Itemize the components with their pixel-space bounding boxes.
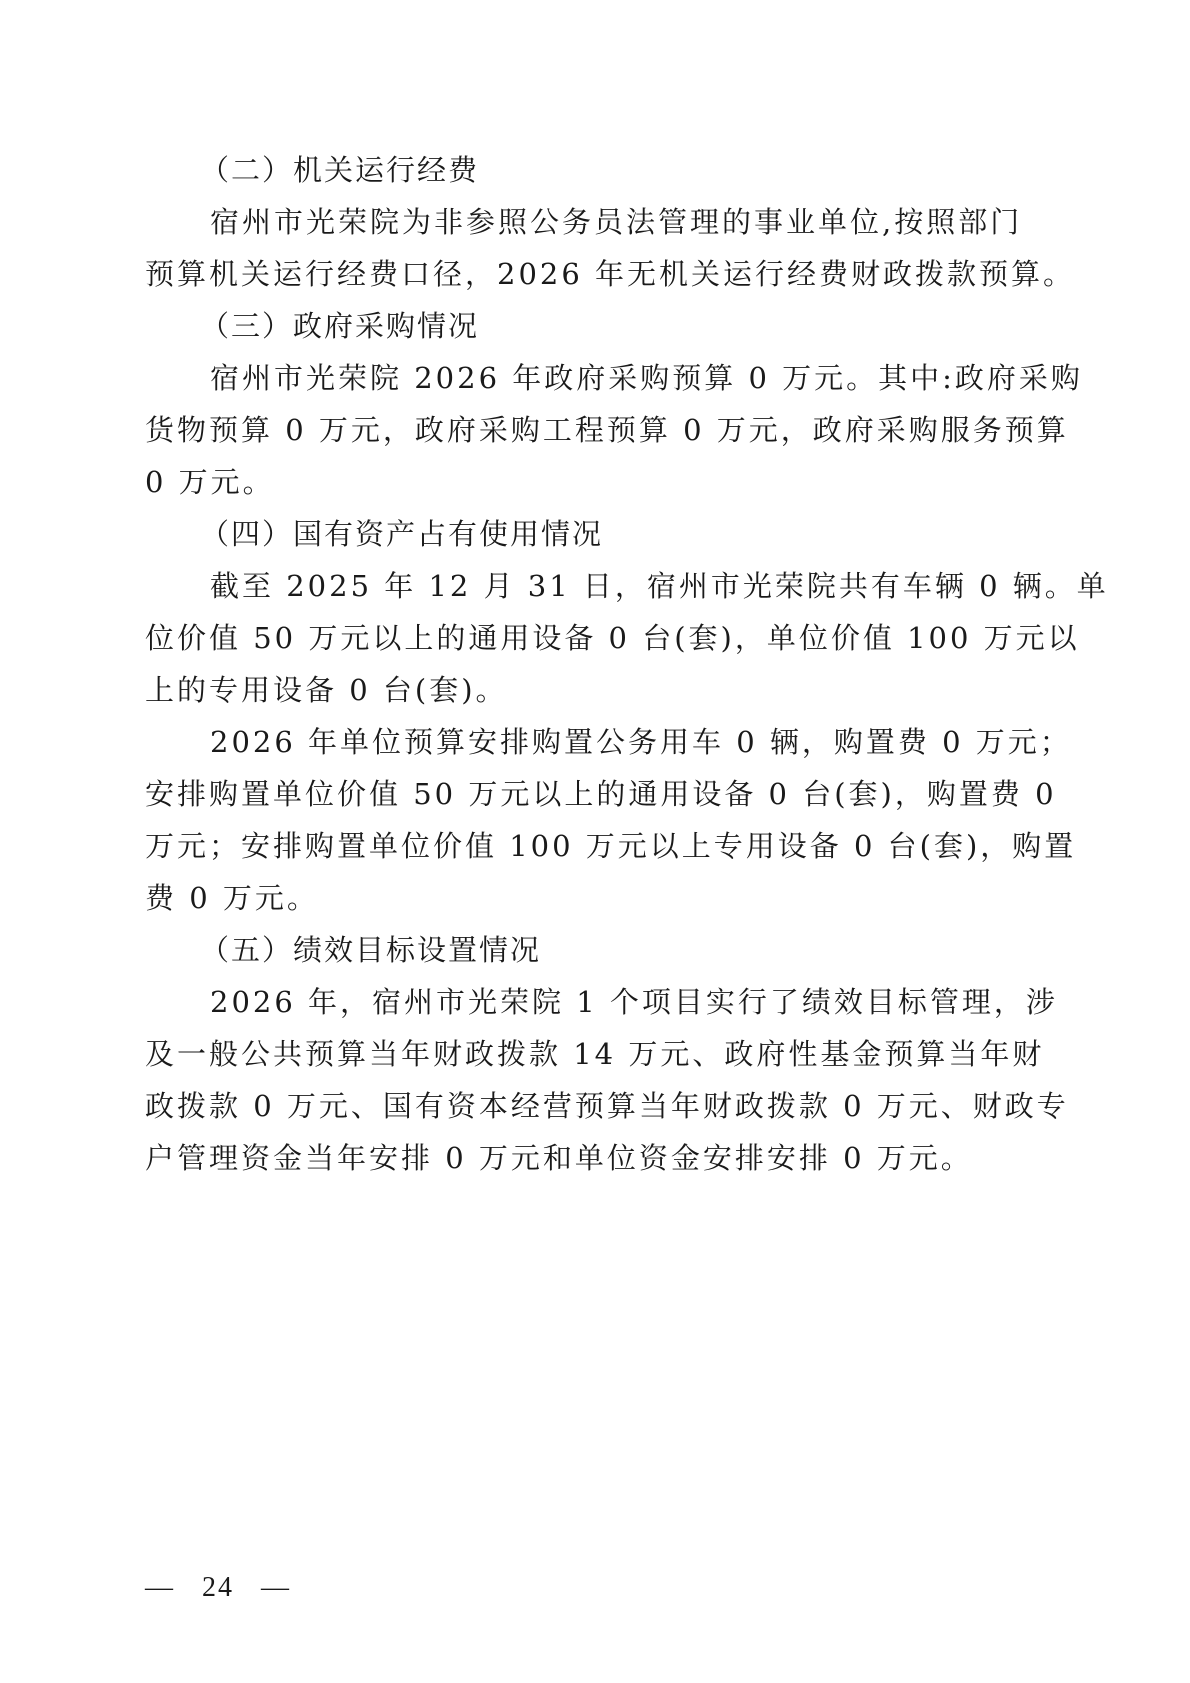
paragraph-line: 安排购置单位价值 50 万元以上的通用设备 0 台(套)，购置费 0 [145,774,1057,814]
section-heading-operating-expenses: （二）机关运行经费 [200,150,479,190]
paragraph-line: 2026 年，宿州市光荣院 1 个项目实行了绩效目标管理，涉 [210,982,1058,1022]
section-heading-state-assets: （四）国有资产占有使用情况 [200,514,603,554]
page-number: 24 [202,1572,234,1603]
footer-dash-right: — [261,1570,291,1606]
page-number-footer: — 24 — [145,1570,291,1606]
section-heading-performance-goals: （五）绩效目标设置情况 [200,930,541,970]
paragraph-line: 位价值 50 万元以上的通用设备 0 台(套)，单位价值 100 万元以 [145,618,1080,658]
footer-dash-left: — [145,1570,175,1606]
paragraph-line: 货物预算 0 万元，政府采购工程预算 0 万元，政府采购服务预算 [145,410,1069,450]
paragraph-line: 万元；安排购置单位价值 100 万元以上专用设备 0 台(套)，购置 [145,826,1076,866]
paragraph-line: 宿州市光荣院 2026 年政府采购预算 0 万元。其中:政府采购 [210,358,1083,398]
paragraph-line: 2026 年单位预算安排购置公务用车 0 辆，购置费 0 万元； [210,722,1072,762]
paragraph-line: 费 0 万元。 [145,878,319,918]
paragraph-line: 预算机关运行经费口径，2026 年无机关运行经费财政拨款预算。 [145,254,1075,294]
section-heading-procurement: （三）政府采购情况 [200,306,479,346]
paragraph-line: 上的专用设备 0 台(套)。 [145,670,508,710]
paragraph-line: 户管理资金当年安排 0 万元和单位资金安排安排 0 万元。 [145,1138,973,1178]
paragraph-line: 及一般公共预算当年财政拨款 14 万元、政府性基金预算当年财 [145,1034,1044,1074]
paragraph-line: 宿州市光荣院为非参照公务员法管理的事业单位,按照部门 [210,202,1022,242]
document-page: （二）机关运行经费 宿州市光荣院为非参照公务员法管理的事业单位,按照部门 预算机… [0,0,1190,1683]
paragraph-line: 0 万元。 [145,462,275,502]
paragraph-line: 截至 2025 年 12 月 31 日，宿州市光荣院共有车辆 0 辆。单 [210,566,1109,606]
paragraph-line: 政拨款 0 万元、国有资本经营预算当年财政拨款 0 万元、财政专 [145,1086,1069,1126]
